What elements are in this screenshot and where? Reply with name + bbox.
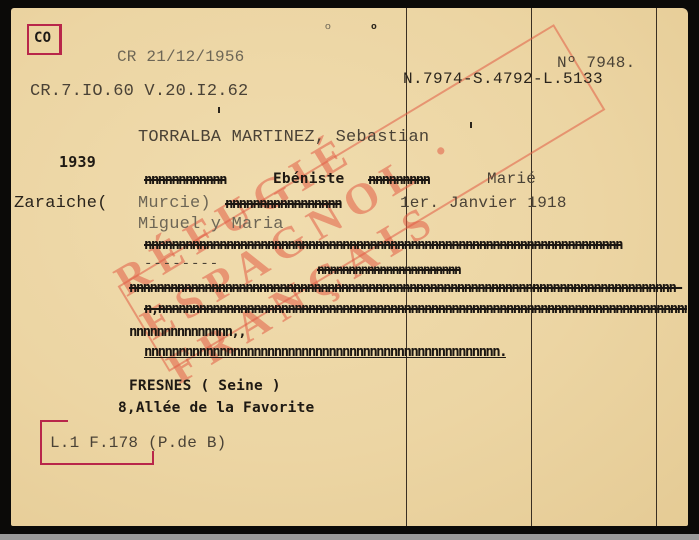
top-mark-1: º bbox=[324, 22, 332, 37]
profession: Ebéniste bbox=[273, 171, 344, 187]
person-name: TORRALBA MARTINEZ, Sebastian bbox=[138, 128, 429, 147]
top-mark-2: º bbox=[370, 22, 378, 37]
cr-v-dates-line: CR.7.IO.60 V.20.I2.62 bbox=[30, 82, 248, 101]
address-city: FRESNES ( Seine ) bbox=[129, 378, 281, 394]
tick-mark bbox=[470, 122, 472, 128]
filing-pencil-bracket-tail bbox=[152, 451, 154, 463]
address-street: 8,Allée de la Favorite bbox=[118, 400, 314, 416]
filing-reference: L.1 F.178 (P.de B) bbox=[50, 434, 226, 452]
index-card: RÉFUGIÉ ESPAGNOL · FRANÇAIS CO º º CR 21… bbox=[11, 8, 688, 526]
filing-pencil-bracket-top bbox=[40, 420, 68, 422]
redacted-line: nnnnnnnnnnnnnnnnnnnnnnn bbox=[317, 263, 460, 278]
birth-region: Murcie) bbox=[138, 194, 211, 213]
parents-names: Miguel y Maria bbox=[138, 215, 284, 234]
corner-mark: CO bbox=[34, 30, 51, 46]
dash-line: -------- bbox=[144, 256, 219, 272]
birth-date: 1er. Janvier 1918 bbox=[400, 194, 567, 212]
redacted-line: n,nnnnnnnnnnnnnnnnnnnnnnnnnnnnnnnnnnnnnn… bbox=[144, 301, 687, 317]
tick-mark bbox=[218, 107, 220, 113]
birthplace: Zaraiche( bbox=[14, 194, 108, 213]
ruled-line-3 bbox=[656, 8, 657, 526]
redacted-text: nnnnnnnnn bbox=[368, 172, 429, 188]
redacted-text: nnnnnnnnnnnnnnnnn bbox=[225, 196, 341, 212]
redacted-line: nnnnnnnnnnnnnnnnnnnnnnnnnnnnnnnnnnnnnnnn… bbox=[144, 344, 544, 360]
year: 1939 bbox=[59, 153, 96, 171]
redacted-line: nnnnnnnnnnnnnnnnnnnnnnnnnnnnnnnnnnnnnnnn… bbox=[129, 280, 687, 296]
reference-number: N.7974-S.4792-L.5133 bbox=[403, 70, 603, 88]
redacted-line: nnnnnnnnnnnnnnn,, bbox=[129, 324, 245, 340]
cr-date-line: CR 21/12/1956 bbox=[117, 48, 244, 66]
redacted-text: nnnnnnnnnnnn bbox=[144, 172, 226, 188]
marital-status: Marié bbox=[487, 170, 536, 188]
redacted-line: nnnnnnnnnnnnnnnnnnnnnnnnnnnnnnnnnnnnnnnn… bbox=[144, 237, 656, 253]
